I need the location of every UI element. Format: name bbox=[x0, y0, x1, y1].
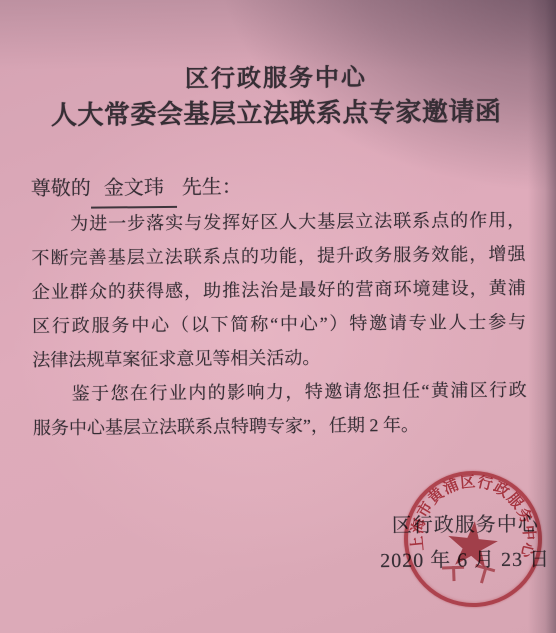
salutation: 尊敬的金文玮 先生： bbox=[31, 170, 242, 209]
seal-bottom-marks bbox=[442, 566, 465, 582]
paragraph2-line: 鉴于您在行业内的影响力，特邀请您担任“黄浦区行政 bbox=[33, 373, 527, 411]
recipient-name: 金文玮 bbox=[91, 171, 177, 209]
paragraph2-line: 服务中心基层立法联系点特聘专家”，任期 2 年。 bbox=[33, 407, 527, 445]
paragraph1-line: 不断完善基层立法联系点的功能，提升政务服务效能，增强 bbox=[31, 237, 525, 275]
paragraph1-line: 为进一步落实与发挥好区人大基层立法联系点的作用， bbox=[31, 203, 525, 241]
salutation-suffix: 先生： bbox=[182, 176, 242, 199]
paragraph1-line: 区行政服务中心（以下简称“中心”）特邀请专业人士参与 bbox=[32, 305, 526, 343]
paragraph1-line: 企业群众的获得感，助推法治是最好的营商环境建设，黄浦 bbox=[32, 271, 526, 309]
letter-title-line1: 区行政服务中心 bbox=[0, 60, 554, 99]
letter-title-line2: 人大常委会基层立法联系点专家邀请函 bbox=[0, 94, 554, 135]
salutation-prefix: 尊敬的 bbox=[31, 178, 91, 201]
letter-body: 为进一步落实与发挥好区人大基层立法联系点的作用， 不断完善基层立法联系点的功能，… bbox=[31, 203, 527, 445]
paragraph1-line: 法律法规草案征求意见等相关活动。 bbox=[32, 339, 526, 377]
letter-paper: 区行政服务中心 人大常委会基层立法联系点专家邀请函 尊敬的金文玮 先生： 为进一… bbox=[0, 0, 556, 633]
official-seal: 上海市黄浦区行政服务中心 bbox=[397, 464, 548, 614]
